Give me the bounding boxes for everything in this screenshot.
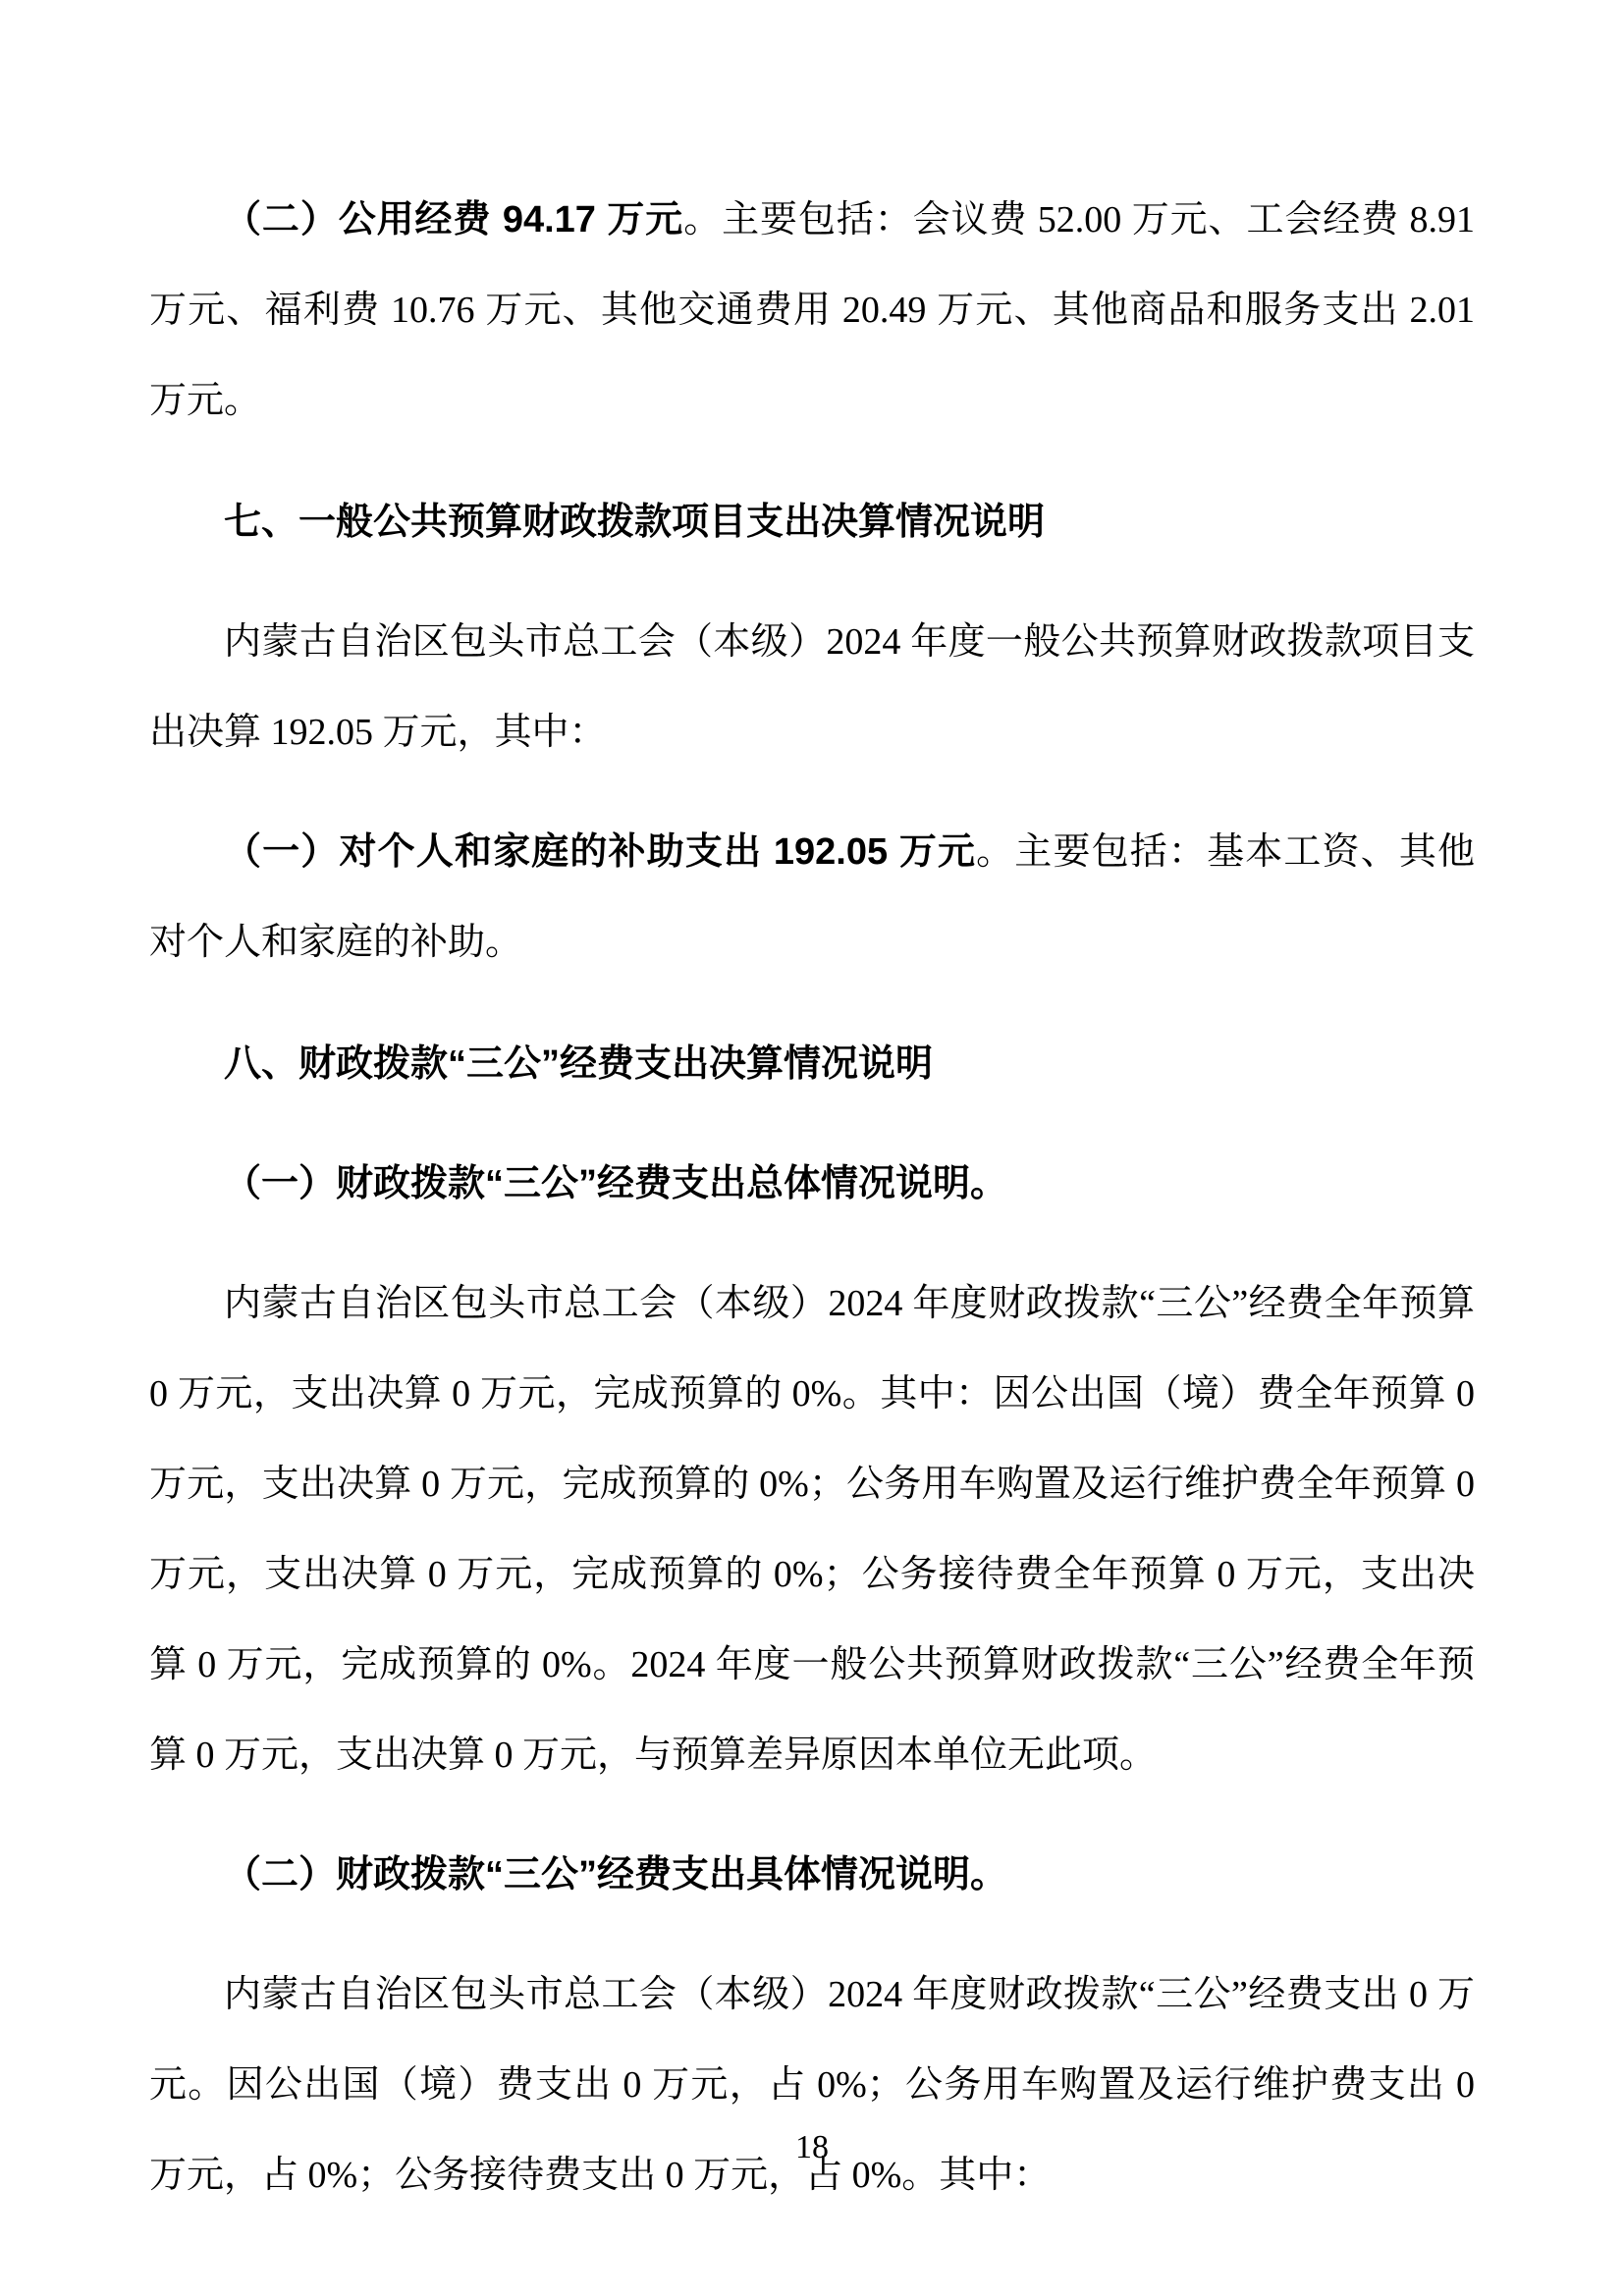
paragraph-three-public-overall: 内蒙古自治区包头市总工会（本级）2024 年度财政拨款“三公”经费全年预算 0 … — [149, 1258, 1475, 1800]
paragraph-individual-family-bold-run: （一）对个人和家庭的补助支出 192.05 万元 — [224, 831, 976, 873]
page-number: 18 — [0, 2128, 1624, 2167]
paragraph-public-funds-bold-run: （二）公用经费 94.17 万元 — [224, 199, 683, 240]
section-heading-7: 七、一般公共预算财政拨款项目支出决算情况说明 — [149, 477, 1475, 567]
paragraph-project-expenditure: 内蒙古自治区包头市总工会（本级）2024 年度一般公共预算财政拨款项目支出决算 … — [149, 597, 1475, 777]
paragraph-individual-family: （一）对个人和家庭的补助支出 192.05 万元。主要包括：基本工资、其他对个人… — [149, 807, 1475, 988]
subsection-heading-8-2: （二）财政拨款“三公”经费支出具体情况说明。 — [149, 1830, 1475, 1920]
paragraph-public-funds: （二）公用经费 94.17 万元。主要包括：会议费 52.00 万元、工会经费 … — [149, 175, 1475, 446]
paragraph-three-public-specific: 内蒙古自治区包头市总工会（本级）2024 年度财政拨款“三公”经费支出 0 万元… — [149, 1949, 1475, 2220]
subsection-heading-8-1: （一）财政拨款“三公”经费支出总体情况说明。 — [149, 1139, 1475, 1229]
document-page: （二）公用经费 94.17 万元。主要包括：会议费 52.00 万元、工会经费 … — [0, 0, 1624, 2296]
section-heading-8: 八、财政拨款“三公”经费支出决算情况说明 — [149, 1019, 1475, 1109]
